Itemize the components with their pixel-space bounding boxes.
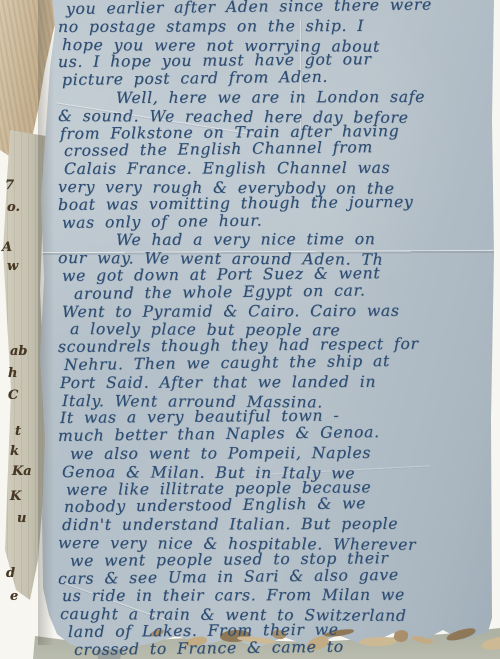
margin-fragment: ab <box>10 344 28 359</box>
letter-line: much better than Naples & Genoa. <box>58 423 496 446</box>
margin-fragment: K <box>10 489 21 504</box>
letter-line: Nehru. Then we caught the ship at <box>64 352 496 375</box>
letter-line: was only of one hour. <box>62 209 496 232</box>
letter-line: didn't understand Italian. But people <box>62 516 496 535</box>
letter-line: We had a very nice time on <box>116 231 496 250</box>
letter-line: us ride in their cars. From Milan we <box>62 587 496 606</box>
letter-line: Went to Pyramid & Cairo. Cairo was <box>62 302 496 321</box>
letter-line: no postage stamps on the ship. I <box>58 17 496 36</box>
scanned-letter-page: you earlier after Aden since there weren… <box>0 0 500 659</box>
letter-line: around the whole Egypt on car. <box>74 281 496 304</box>
margin-fragment: Ka <box>12 464 32 479</box>
margin-fragment: t <box>15 424 21 439</box>
letter-line: Port Said. After that we landed in <box>60 373 496 392</box>
margin-fragment: w <box>7 259 18 274</box>
left-edge-shadow <box>38 0 54 645</box>
margin-fragment: o. <box>7 200 20 215</box>
letter-line: we also went to Pompeii, Naples <box>70 444 496 463</box>
margin-fragment: k <box>10 444 19 459</box>
letter-line: you earlier after Aden since there were <box>66 0 496 19</box>
margin-fragment: h <box>8 366 17 381</box>
letter-line: picture post card from Aden. <box>62 67 496 90</box>
letter-line: nobody understood English & we <box>64 494 496 517</box>
margin-fragment: 7 <box>5 178 14 193</box>
margin-fragment: A <box>2 240 12 255</box>
letter-line: crossed the English Channel from <box>64 138 496 161</box>
letter-body-text: you earlier after Aden since there weren… <box>58 1 496 659</box>
letter-line: cars & see Uma in Sari & also gave <box>58 565 496 588</box>
margin-fragment: e <box>10 589 18 604</box>
margin-fragment: d <box>6 566 15 581</box>
letter-line: Well, here we are in London safe <box>116 89 496 108</box>
margin-fragment: C <box>8 388 18 403</box>
margin-fragment: u <box>17 511 26 526</box>
letter-line: crossed to France & came to <box>74 637 496 659</box>
letter-line: Calais France. English Channel was <box>64 160 496 179</box>
